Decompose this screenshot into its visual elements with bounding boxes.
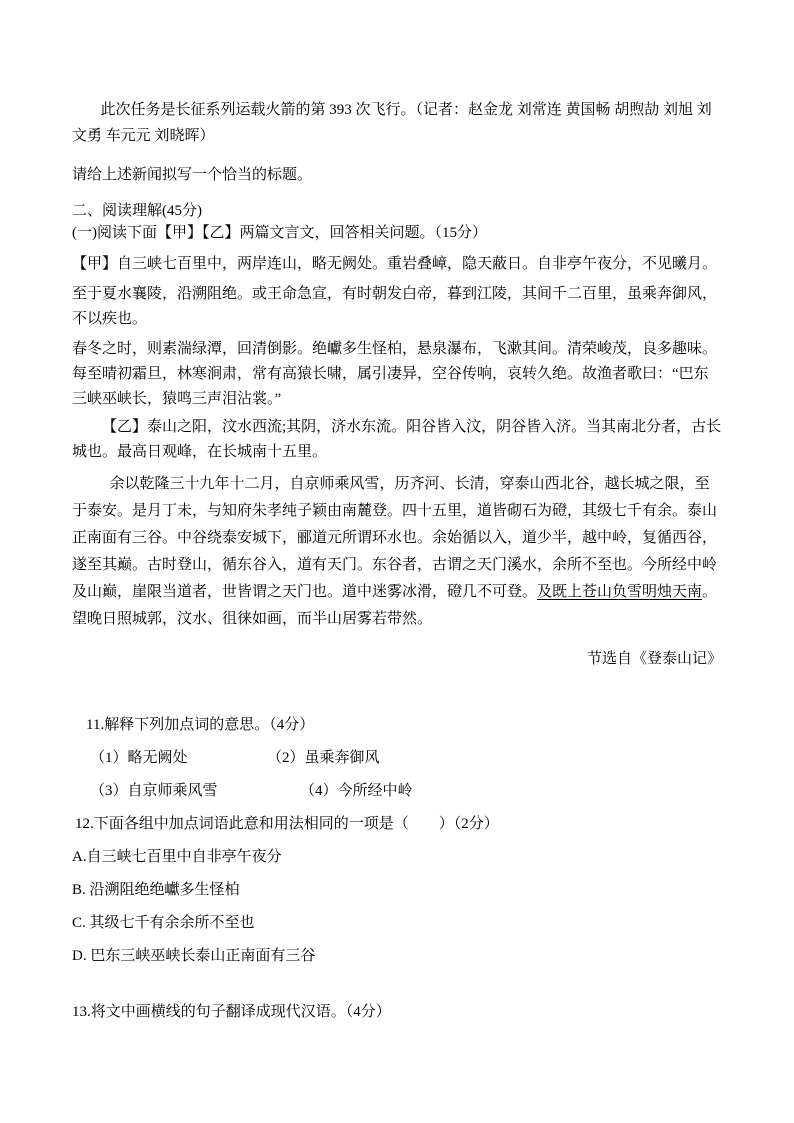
passage-jia-para1: 【甲】自三峡七百里中，两岸连山，略无阙处。重岩叠嶂，隐天蔽日。自非亭午夜分，不见… xyxy=(72,252,722,277)
question-11-items-row-2: （3）自京师乘风雪（4）今所经中岭 xyxy=(90,778,722,804)
passage-yi-para1: 【乙】泰山之阳，汶水西流;其阴，济水东流。阳谷皆入汶，阴谷皆入济。当其南北分者，… xyxy=(72,415,722,465)
passage-jia-para3: 春冬之时，则素湍绿潭，回清倒影。绝巘多生怪柏，悬泉瀑布，飞漱其间。清荣峻茂，良多… xyxy=(72,337,722,412)
question-12-stem: 12.下面各组中加点词语此意和用法相同的一项是（ ）（2分） xyxy=(75,811,722,837)
passage-yi-para2: 余以乾隆三十九年十二月，自京师乘风雪，历齐河、长清，穿泰山西北谷，越长城之限，至… xyxy=(72,471,722,633)
q11-item-1: （1）略无阙处 xyxy=(90,745,267,771)
section-instruction: (一)阅读下面【甲】【乙】两篇文言文，回答相关问题。（15分） xyxy=(72,222,722,244)
question-13-stem: 13.将文中画横线的句子翻译成现代汉语。（4分） xyxy=(72,999,722,1025)
question-12-option-b: B. 沿溯阻绝绝巘多生怪柏 xyxy=(72,877,722,903)
question-12-option-d: D. 巴东三峡巫峡长泰山正南面有三谷 xyxy=(72,943,722,969)
q11-item-2: （2）虽乘奔御风 xyxy=(267,750,380,766)
yi-para2-text-before: 余以乾隆三十九年十二月，自京师乘风雪，历齐河、长清，穿泰山西北谷，越长城之限，至… xyxy=(72,476,717,600)
title-prompt: 请给上述新闻拟写一个恰当的标题。 xyxy=(72,162,722,188)
passage-jia-para2: 至于夏水襄陵，沿溯阻绝。或王命急宣，有时朝发白帝，暮到江陵，其间千二百里，虽乘奔… xyxy=(72,282,722,332)
section-heading: 二、阅读理解(45分) xyxy=(72,200,722,222)
passage-source-attribution: 节选自《登泰山记》 xyxy=(72,646,722,672)
exam-document-page: 此次任务是长征系列运载火箭的第 393 次飞行。（记者：赵金龙 刘常连 黄国畅 … xyxy=(0,0,794,1123)
news-paragraph: 此次任务是长征系列运载火箭的第 393 次飞行。（记者：赵金龙 刘常连 黄国畅 … xyxy=(72,97,722,149)
q11-item-3: （3）自京师乘风雪 xyxy=(90,778,300,804)
question-11-items-row-1: （1）略无阙处（2）虽乘奔御风 xyxy=(90,745,722,771)
question-12-option-a: A.自三峡七百里中自非亭午夜分 xyxy=(72,844,722,870)
q11-item-4: （4）今所经中岭 xyxy=(300,783,413,799)
underlined-sentence: 及既上苍山负雪明烛天南 xyxy=(537,584,702,600)
question-12-option-c: C. 其级七千有余余所不至也 xyxy=(72,910,722,936)
question-11-stem: 11.解释下列加点词的意思。（4分） xyxy=(86,712,722,738)
